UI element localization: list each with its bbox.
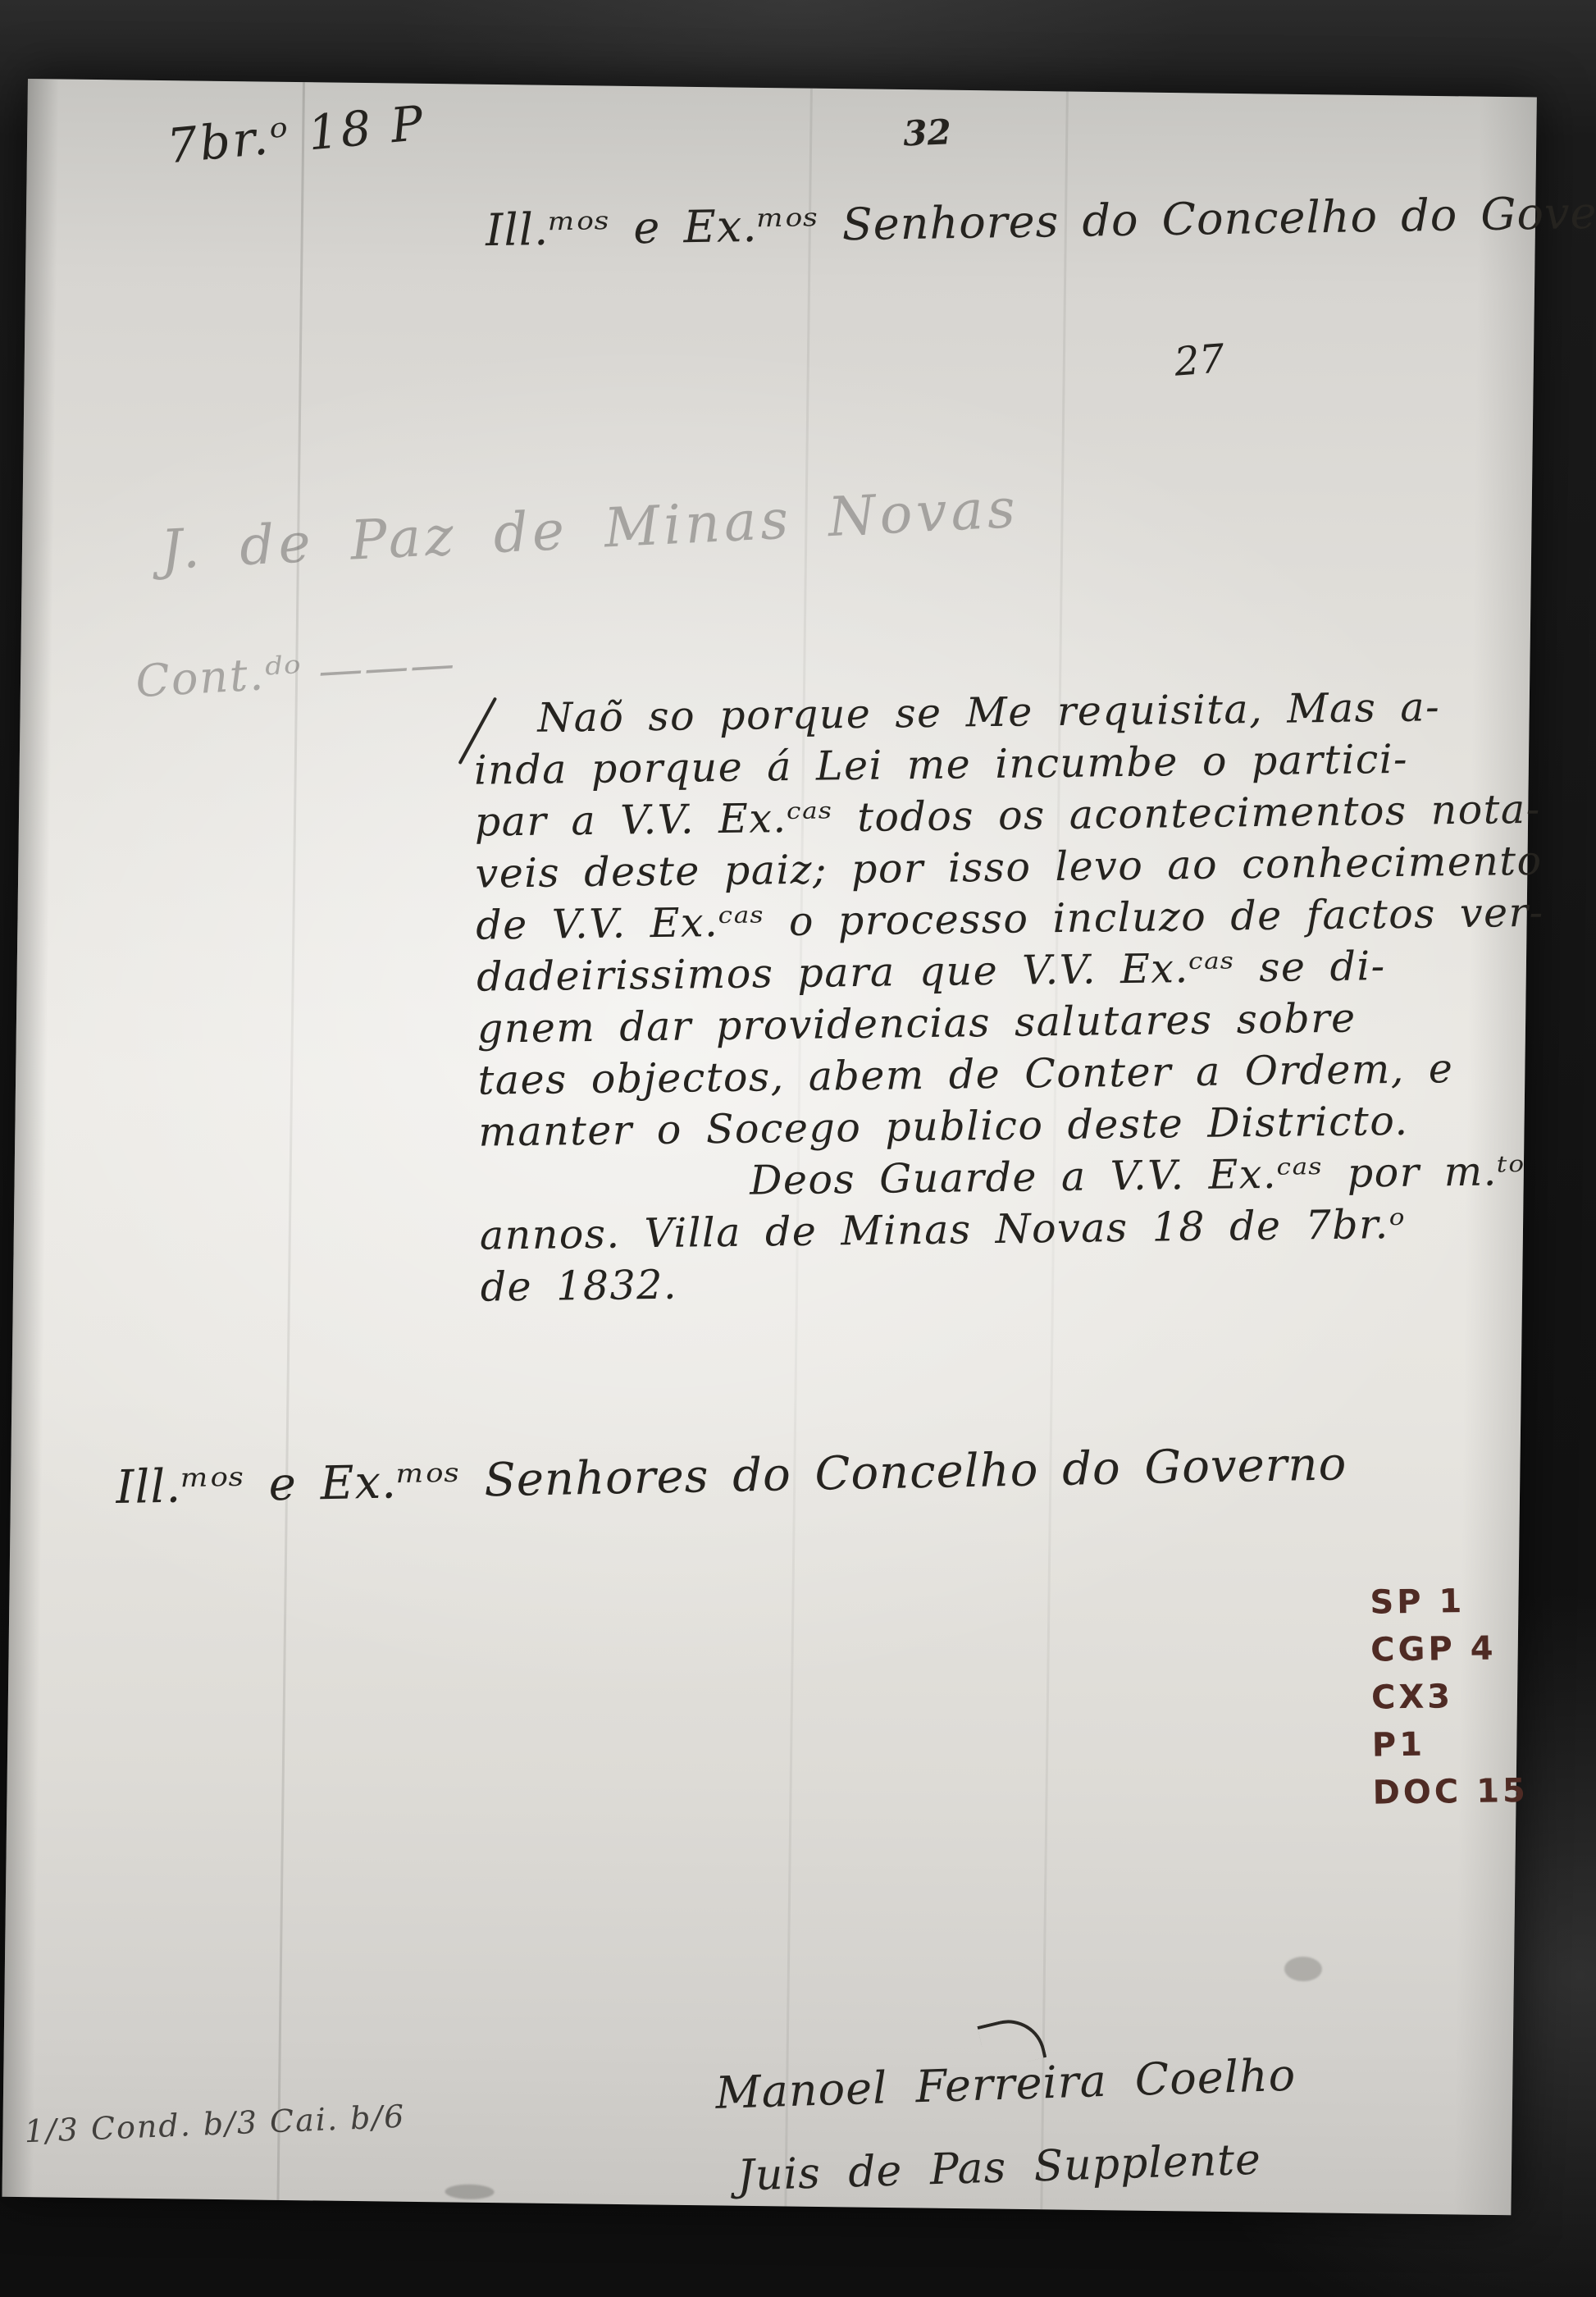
archive-code-line: CGP 4	[1370, 1624, 1527, 1674]
pencil-note-sender: J. de Paz de Minas Novas	[159, 477, 1020, 582]
manuscript-page: 7br.ᵒ 18 P 32 Ill.ᵐᵒˢ e Ex.ᵐᵒˢ Senhores …	[2, 79, 1536, 2215]
pencil-note-contdo: Cont.ᵈᵒ ———	[135, 637, 458, 707]
archive-code-line: SP 1	[1370, 1577, 1526, 1627]
edge-smudge	[445, 2184, 494, 2199]
signature-name: Manoel Ferreira Coelho	[714, 2049, 1297, 2119]
letter-body: Naõ so porque se Me requisita, Mas a- in…	[473, 680, 1548, 1313]
archive-code-line: CX3	[1371, 1672, 1528, 1722]
salutation-bottom: Ill.ᵐᵒˢ e Ex.ᵐᵒˢ Senhores do Concelho do…	[116, 1437, 1347, 1514]
archive-code-line: DOC 15	[1372, 1767, 1529, 1817]
date-annotation-top-left: 7br.ᵒ 18 P	[165, 95, 428, 175]
ink-smudge	[1284, 1957, 1322, 1982]
archive-code-stamp: SP 1 CGP 4 CX3 P1 DOC 15	[1370, 1577, 1529, 1817]
bottom-left-fraction-note: 1/3 Cond. b/3 Cai. b/6	[24, 2098, 406, 2150]
page-number-27: 27	[1173, 336, 1226, 385]
archive-code-line: P1	[1371, 1719, 1528, 1770]
fold-line-left	[276, 82, 305, 2200]
folio-number: 32	[902, 112, 951, 153]
salutation-top: Ill.ᵐᵒˢ e Ex.ᵐᵒˢ Senhores do Concelho do…	[486, 185, 1596, 256]
signature-title: Juis de Pas Supplente	[736, 2135, 1261, 2201]
